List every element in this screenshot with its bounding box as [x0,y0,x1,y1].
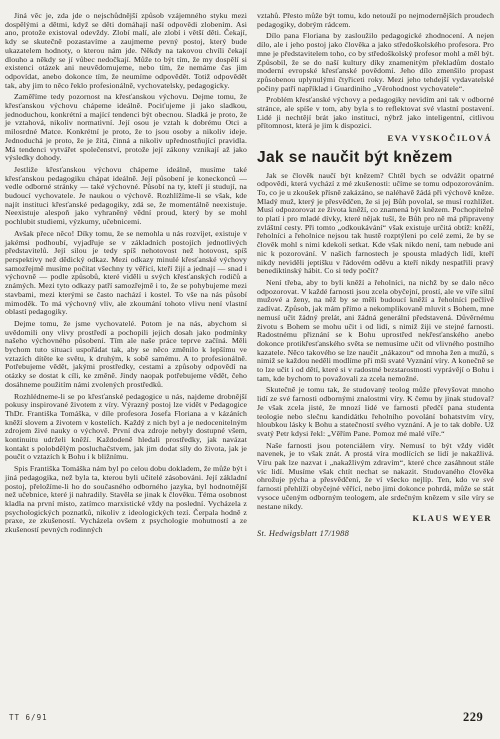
byline-author-vyskocilova: EVA VYSKOČILOVÁ [257,134,492,143]
paragraph: Problém křesťanské výchovy a pedagogiky … [257,96,494,131]
paragraph: Není třeba, aby to byli kněží a řeholníc… [257,279,494,383]
article-title: Jak se naučit být knězem [257,154,494,163]
paragraph: Spis Františka Tomáška nám byl po celou … [5,465,247,535]
paragraph: Dejme tomu, že jsme vychovatelé. Potom j… [5,320,247,390]
paragraph: Naše farnosti jsou potenciálem víry. Nem… [257,442,494,512]
page-number: 229 [463,710,483,725]
paragraph: Jiná věc je, zda jde o nejschůdnější způ… [5,12,247,90]
paragraph: Jak se člověk naučí být knězem? Chtěl by… [257,172,494,276]
paragraph: Dílo pana Floriana by zasloužilo pedagog… [257,32,494,93]
paragraph: Skutečně je tomu tak, že studovaný teolo… [257,386,494,438]
source-reference: St. Hedwigsblatt 17/1988 [257,530,494,539]
paragraph: Zaměříme tedy pozornost na křesťanskou v… [5,93,247,163]
paragraph: Jestliže křesťanskou výchovu chápeme ide… [5,166,247,227]
journal-page: Jiná věc je, zda jde o nejschůdnější způ… [0,0,500,739]
left-column: Jiná věc je, zda jde o nejschůdnější způ… [5,12,247,538]
right-column: vztahů. Přesto může být tomu, kdo netouž… [257,12,494,539]
paragraph-continuation: vztahů. Přesto může být tomu, kdo netouž… [257,12,494,29]
paragraph: Avšak přece něco! Díky tomu, že se nemoh… [5,230,247,317]
footer-journal-code: TT 6/91 [9,713,48,722]
paragraph: Rozhlédneme-li se po křesťanské pedagogi… [5,393,247,463]
byline-author-weyer: KLAUS WEYER [257,514,492,523]
